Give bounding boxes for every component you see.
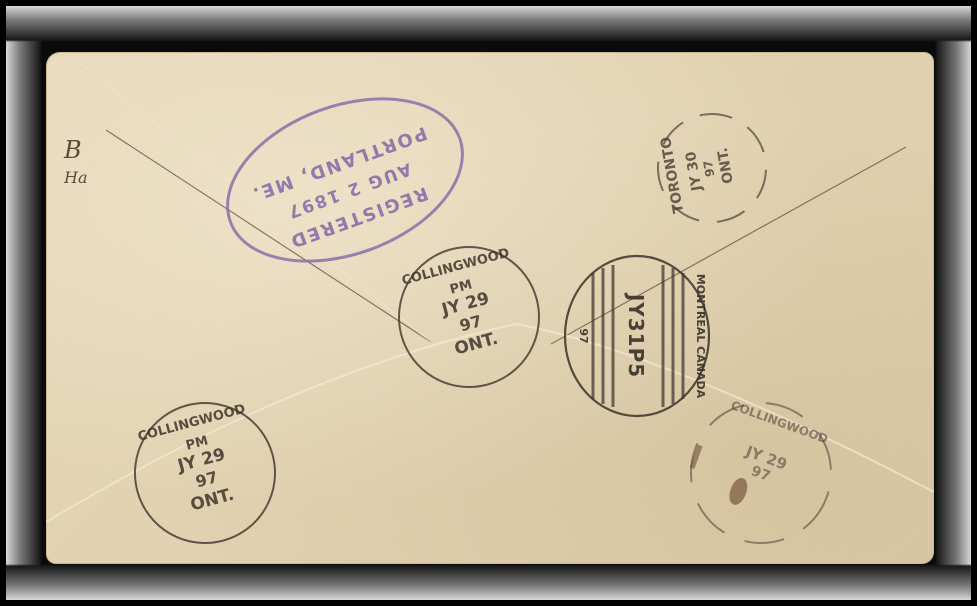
handwritten-line-2: Ha xyxy=(64,168,88,187)
handwritten-line-1: B xyxy=(64,136,88,164)
montreal-ring: MONTREAL CANADA xyxy=(694,253,707,419)
handwritten-note: B Ha xyxy=(64,136,88,187)
toronto-postmark: TORONTO JY 30 97 ONT. xyxy=(642,98,781,237)
montreal-date: JY31P5 xyxy=(624,253,648,419)
envelope-back: B Ha REGISTERED AUG 2 1897 PORTLAND, ME.… xyxy=(46,52,934,564)
montreal-postmark: MONTREAL CANADA JY31P5 97 xyxy=(561,253,713,419)
montreal-year: 97 xyxy=(577,253,590,419)
